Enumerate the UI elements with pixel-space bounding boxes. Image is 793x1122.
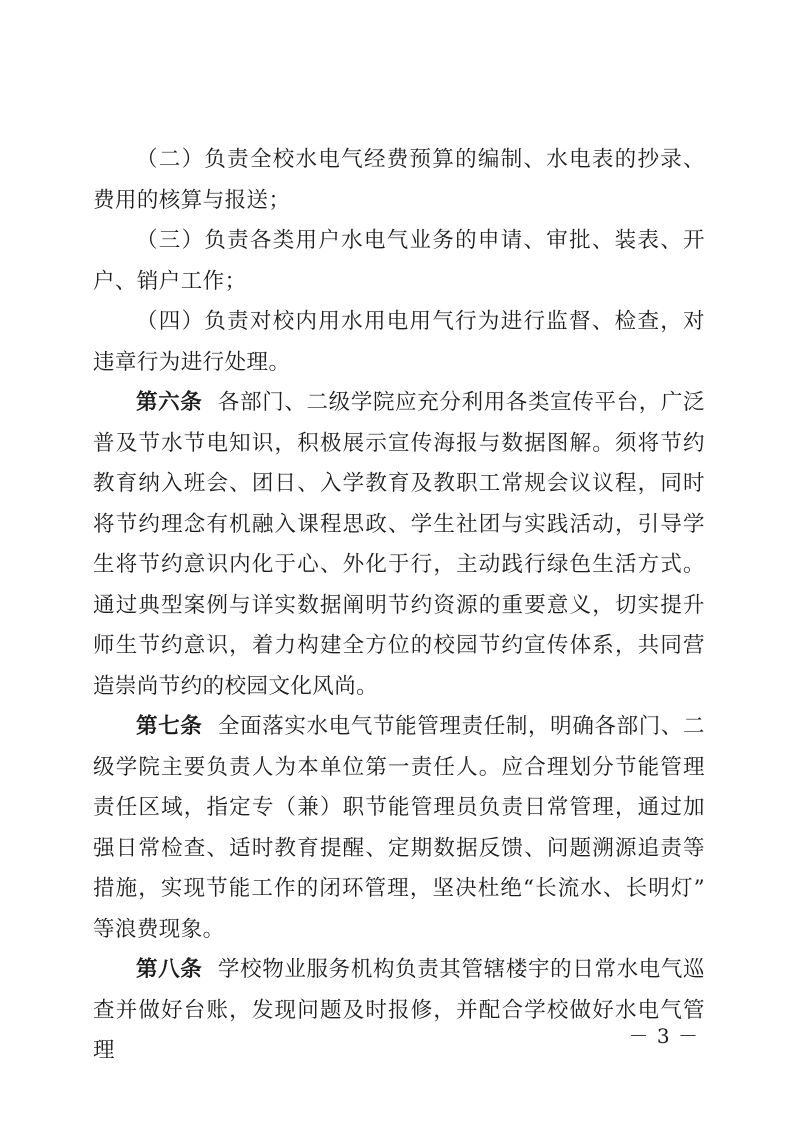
paragraph-text: （二）负责全校水电气经费预算的编制、水电表的抄录、费用的核算与报送； xyxy=(93,147,705,213)
paragraph: （三）负责各类用户水电气业务的申请、审批、装表、开户、销户工作； xyxy=(93,221,705,302)
paragraph: （四）负责对校内用水用电用气行为进行监督、检查，对违章行为进行处理。 xyxy=(93,302,705,383)
paragraph-text: （四）负责对校内用水用电用气行为进行监督、检查，对违章行为进行处理。 xyxy=(93,309,705,375)
paragraph-text: （三）负责各类用户水电气业务的申请、审批、装表、开户、销户工作； xyxy=(93,228,705,294)
document-body: （二）负责全校水电气经费预算的编制、水电表的抄录、费用的核算与报送；（三）负责各… xyxy=(93,140,705,1072)
paragraph: （二）负责全校水电气经费预算的编制、水电表的抄录、费用的核算与报送； xyxy=(93,140,705,221)
article-heading: 第六条 xyxy=(136,390,202,415)
page-number: － 3 － xyxy=(629,1024,699,1048)
paragraph: 第八条学校物业服务机构负责其管辖楼宇的日常水电气巡查并做好台账，发现问题及时报修… xyxy=(93,950,705,1072)
article-heading: 第八条 xyxy=(136,957,202,982)
document-page: （二）负责全校水电气经费预算的编制、水电表的抄录、费用的核算与报送；（三）负责各… xyxy=(0,0,793,1122)
paragraph: 第七条全面落实水电气节能管理责任制，明确各部门、二级学院主要负责人为本单位第一责… xyxy=(93,707,705,950)
paragraph-text: 各部门、二级学院应充分利用各类宣传平台，广泛普及节水节电知识，积极展示宣传海报与… xyxy=(93,390,705,699)
paragraph: 第六条各部门、二级学院应充分利用各类宣传平台，广泛普及节水节电知识，积极展示宣传… xyxy=(93,383,705,707)
article-heading: 第七条 xyxy=(136,714,202,739)
paragraph-text: 全面落实水电气节能管理责任制，明确各部门、二级学院主要负责人为本单位第一责任人。… xyxy=(93,714,705,942)
